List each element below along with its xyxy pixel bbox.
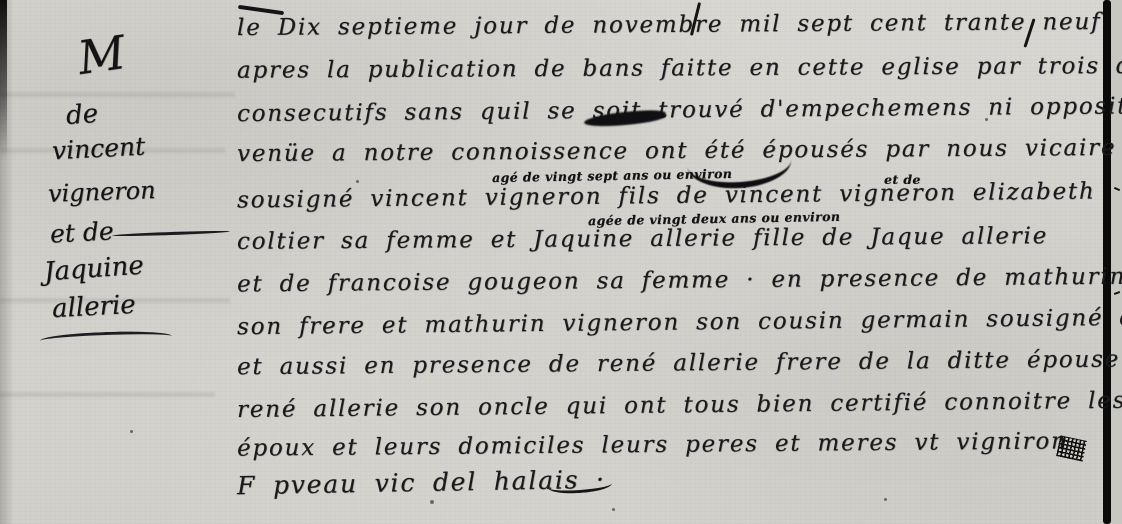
paper-speck (884, 498, 887, 501)
margin-note-line: vincent (51, 132, 146, 166)
manuscript-line: le Dix septieme jour de novembre mil sep… (237, 9, 1102, 41)
manuscript-scan: M de vincent vigneron et de Jaquine alle… (0, 0, 1122, 524)
margin-note-dash (112, 230, 230, 237)
manuscript-line: rené allerie son oncle qui ont tous bien… (237, 387, 1122, 423)
paper-speck (430, 500, 434, 504)
margin-note-line: allerie (51, 290, 136, 324)
interlinear-et-de: et de (884, 172, 921, 187)
paper-speck (130, 430, 133, 433)
quill-stroke (238, 5, 284, 15)
scan-band (0, 92, 235, 97)
paper-speck (985, 118, 988, 121)
margin-note-line: et de (49, 216, 114, 248)
margin-note-line: Jaquine (43, 251, 145, 288)
manuscript-line: et de francoise gougeon sa femme · en pr… (237, 263, 1122, 298)
margin-note-initial: M (74, 25, 128, 85)
manuscript-line: coltier sa femme et Jaquine allerie fill… (237, 223, 1048, 255)
crosshatch-paraph (1056, 435, 1087, 461)
paper-speck (612, 508, 615, 511)
page-left-shading (0, 0, 14, 524)
scan-band (0, 392, 215, 397)
paper-speck (356, 180, 359, 183)
manuscript-line: consecutifs sans quil se soit trouvé d'e… (237, 93, 1122, 127)
manuscript-line: venüe a notre connoissence ont été épous… (237, 135, 1117, 167)
margin-note-line: de (65, 99, 99, 131)
manuscript-line: époux et leurs domiciles leurs peres et … (237, 428, 1068, 461)
manuscript-line: son frere et mathurin vigneron son cousi… (237, 304, 1122, 340)
manuscript-line: et aussi en presence de rené allerie fre… (237, 346, 1122, 380)
margin-underline-flourish (40, 330, 172, 348)
manuscript-line: sousigné vincent vigneron fils de vincen… (237, 179, 1096, 214)
margin-note-line: vigneron (48, 176, 157, 208)
manuscript-line: apres la publication de bans faitte en c… (237, 52, 1122, 83)
